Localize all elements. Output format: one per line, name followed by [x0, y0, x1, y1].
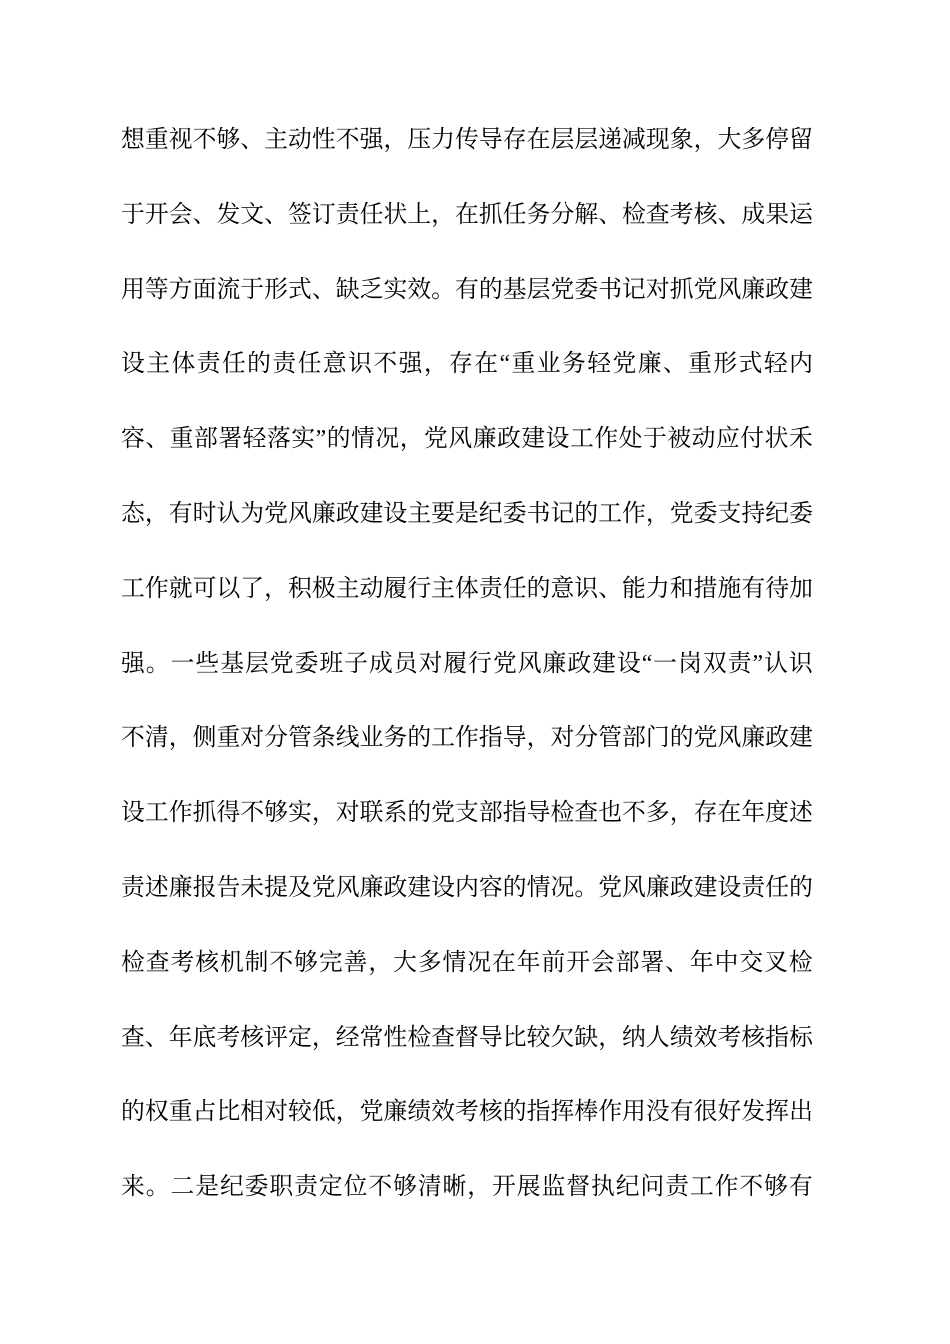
text-line: 责述廉报告未提及党风廉政建设内容的情况。党风廉政建设责任的	[121, 851, 813, 926]
document-text-block: 想重视不够、主动性不强，压力传导存在层层递减现象，大多停留于开会、发文、签订责任…	[121, 103, 813, 1225]
text-line: 设工作抓得不够实，对联系的党支部指导检查也不多，存在年度述	[121, 776, 813, 851]
text-line: 用等方面流于形式、缺乏实效。有的基层党委书记对抓党风廉政建	[121, 253, 813, 328]
text-line: 的权重占比相对较低，党廉绩效考核的指挥棒作用没有很好发挥出	[121, 1075, 813, 1150]
text-line: 查、年底考核评定，经常性检查督导比较欠缺，纳人绩效考核指标	[121, 1001, 813, 1076]
text-line: 来。二是纪委职责定位不够清晰，开展监督执纪问责工作不够有	[121, 1150, 813, 1225]
text-line: 设主体责任的责任意识不强，存在“重业务轻党廉、重形式轻内	[121, 327, 813, 402]
text-line: 工作就可以了，积极主动履行主体责任的意识、能力和措施有待加	[121, 552, 813, 627]
document-page: 想重视不够、主动性不强，压力传导存在层层递减现象，大多停留于开会、发文、签订责任…	[0, 0, 950, 1344]
text-line: 检查考核机制不够完善，大多情况在年前开会部署、年中交叉检	[121, 926, 813, 1001]
text-line: 容、重部署轻落实”的情况，党风廉政建设工作处于被动应付状禾	[121, 402, 813, 477]
text-line: 态，有时认为党风廉政建设主要是纪委书记的工作，党委支持纪委	[121, 477, 813, 552]
text-line: 于开会、发文、签订责任状上，在抓任务分解、检查考核、成果运	[121, 178, 813, 253]
text-line: 不清，侧重对分管条线业务的工作指导，对分管部门的党风廉政建	[121, 701, 813, 776]
text-line: 强。一些基层党委班子成员对履行党风廉政建设“一岗双责”认识	[121, 627, 813, 702]
text-line: 想重视不够、主动性不强，压力传导存在层层递减现象，大多停留	[121, 103, 813, 178]
